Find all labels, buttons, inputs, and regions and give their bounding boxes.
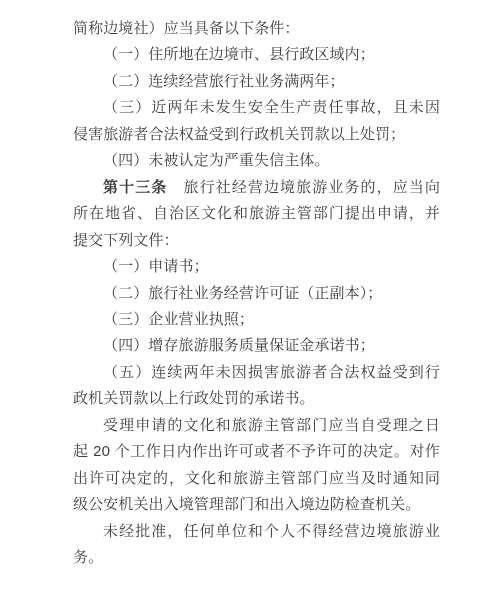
doc-line: 级公安机关出入境管理部门和出入境边防检查机关。 xyxy=(73,492,440,518)
doc-line-file-4: （四）增存旅游服务质量保证金承诺书； xyxy=(73,333,440,359)
doc-line-end: 务。 xyxy=(73,545,440,571)
document-body: 简称边境社）应当具备以下条件： （一）住所地在边境市、县行政区域内； （二）连续… xyxy=(73,16,440,572)
doc-line-file-5-cont: 政机关罚款以上行政处罚的承诺书。 xyxy=(73,386,440,412)
doc-line-item-4: （四）未被认定为严重失信主体。 xyxy=(73,148,440,174)
doc-line-item-1: （一）住所地在边境市、县行政区域内； xyxy=(73,42,440,68)
doc-line-article-13: 第十三条 旅行社经营边境旅游业务的，应当向 xyxy=(73,175,440,201)
doc-line: 出许可决定的，文化和旅游主管部门应当及时通知同 xyxy=(73,466,440,492)
doc-line-item-3: （三）近两年未发生安全生产责任事故，且未因 xyxy=(73,95,440,121)
article-number: 第十三条 xyxy=(103,179,167,196)
doc-line: 起 20 个工作日内作出许可或者不予许可的决定。对作 xyxy=(73,439,440,465)
doc-line: 所在地省、自治区文化和旅游主管部门提出申请，并 xyxy=(73,201,440,227)
article-text: 旅行社经营边境旅游业务的，应当向 xyxy=(167,179,440,196)
doc-line-file-1: （一）申请书； xyxy=(73,254,440,280)
doc-line-item-2: （二）连续经营旅行社业务满两年； xyxy=(73,69,440,95)
doc-line-item-3-cont: 侵害旅游者合法权益受到行政机关罚款以上处罚； xyxy=(73,122,440,148)
doc-line-continuation: 简称边境社）应当具备以下条件： xyxy=(73,16,440,42)
doc-line: 提交下列文件： xyxy=(73,228,440,254)
doc-line-file-3: （三）企业营业执照； xyxy=(73,307,440,333)
doc-line-paragraph: 受理申请的文化和旅游主管部门应当自受理之日 xyxy=(73,413,440,439)
doc-line-file-2: （二）旅行社业务经营许可证（正副本）； xyxy=(73,281,440,307)
document-page: 简称边境社）应当具备以下条件： （一）住所地在边境市、县行政区域内； （二）连续… xyxy=(0,0,492,600)
doc-line-file-5: （五）连续两年未因损害旅游者合法权益受到行 xyxy=(73,360,440,386)
doc-line-paragraph: 未经批准，任何单位和个人不得经营边境旅游业 xyxy=(73,519,440,545)
